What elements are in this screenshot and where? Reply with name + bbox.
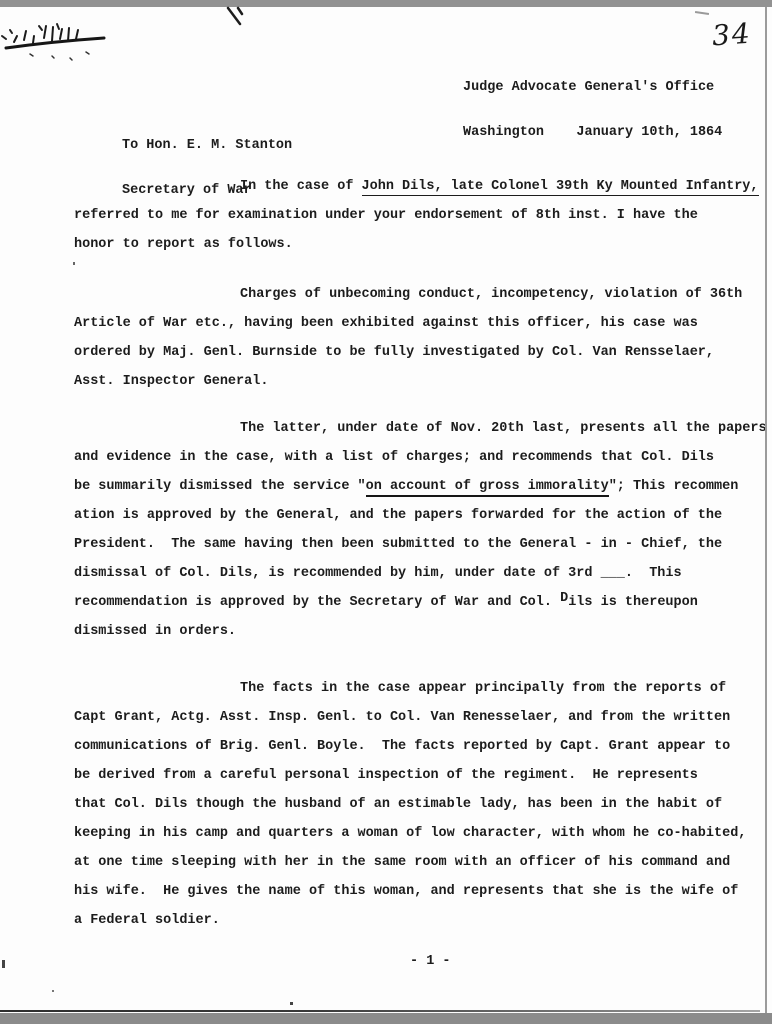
text-run: dismissed in orders. [74, 624, 236, 639]
scan-edge-top-band [0, 0, 772, 7]
letterhead-place-date: Washington January 10th, 1864 [463, 125, 722, 140]
document-line: dismissal of Col. Dils, is recommended b… [74, 559, 772, 588]
page-number-footer: - 1 - [410, 954, 451, 969]
document-line: be summarily dismissed the service "on a… [74, 472, 772, 501]
document-line: recommendation is approved by the Secret… [74, 588, 772, 617]
text-run: that Col. Dils though the husband of an … [74, 797, 722, 812]
text-run: recommendation is approved by the Secret… [74, 595, 560, 610]
document-line: The latter, under date of Nov. 20th last… [74, 414, 772, 443]
scan-edge-right-line [765, 7, 767, 1013]
document-line: President. The same having then been sub… [74, 530, 772, 559]
text-run: be derived from a careful personal inspe… [74, 768, 698, 783]
letterhead-office: Judge Advocate General's Office [463, 80, 722, 95]
document-line: and evidence in the case, with a list of… [74, 443, 772, 472]
scan-edge-bottom-band [0, 1013, 772, 1024]
document-line: honor to report as follows. [74, 230, 772, 259]
text-run: ils is thereupon [568, 595, 698, 610]
text-run: D [560, 591, 568, 606]
text-run: a Federal soldier. [74, 913, 220, 928]
document-line: communications of Brig. Genl. Boyle. The… [74, 732, 772, 761]
text-run: Article of War etc., having been exhibit… [74, 316, 698, 331]
text-run: his wife. He gives the name of this woma… [74, 884, 738, 899]
document-line: ordered by Maj. Genl. Burnside to be ful… [74, 338, 772, 367]
text-run: Capt Grant, Actg. Asst. Insp. Genl. to C… [74, 710, 730, 725]
scan-speck [695, 11, 709, 15]
paragraph-charges: Charges of unbecoming conduct, incompete… [74, 280, 772, 396]
letterhead: Judge Advocate General's Office Washingt… [463, 50, 722, 170]
document-line: at one time sleeping with her in the sam… [74, 848, 772, 877]
paragraph-facts: The facts in the case appear principally… [74, 674, 772, 935]
document-line: ation is approved by the General, and th… [74, 501, 772, 530]
underlined-text: John Dils, late Colonel 39th Ky Mounted … [362, 179, 759, 196]
scanned-letter-page: 34 Judge Advocate General's Office Washi… [0, 0, 772, 1024]
document-line: a Federal soldier. [74, 906, 772, 935]
text-run: dismissal of Col. Dils, is recommended b… [74, 566, 682, 581]
document-line: that Col. Dils though the husband of an … [74, 790, 772, 819]
scan-speck [290, 1002, 293, 1005]
text-run: President. The same having then been sub… [74, 537, 722, 552]
scan-speck [73, 262, 75, 265]
text-run: referred to me for examination under you… [74, 208, 698, 223]
document-line: keeping in his camp and quarters a woman… [74, 819, 772, 848]
scan-speck [2, 960, 5, 968]
document-line: be derived from a careful personal inspe… [74, 761, 772, 790]
text-run: communications of Brig. Genl. Boyle. The… [74, 739, 730, 754]
text-run: ation is approved by the General, and th… [74, 508, 722, 523]
scan-mark [224, 4, 248, 30]
scan-edge-bottom-line [0, 1010, 760, 1012]
text-run: Charges of unbecoming conduct, incompete… [240, 287, 742, 302]
recipient-name: To Hon. E. M. Stanton [122, 138, 292, 153]
document-line: his wife. He gives the name of this woma… [74, 877, 772, 906]
handwritten-scribble [0, 14, 130, 66]
scan-speck [52, 990, 54, 992]
paragraph-case-intro: In the case of John Dils, late Colonel 3… [74, 172, 772, 259]
text-run: keeping in his camp and quarters a woman… [74, 826, 746, 841]
document-line: referred to me for examination under you… [74, 201, 772, 230]
text-run: honor to report as follows. [74, 237, 293, 252]
text-run: ordered by Maj. Genl. Burnside to be ful… [74, 345, 714, 360]
paragraph-recommendation: The latter, under date of Nov. 20th last… [74, 414, 772, 646]
handwritten-page-number: 34 [711, 17, 753, 53]
document-line: Asst. Inspector General. [74, 367, 772, 396]
document-line: Capt Grant, Actg. Asst. Insp. Genl. to C… [74, 703, 772, 732]
document-line: In the case of John Dils, late Colonel 3… [74, 172, 772, 201]
underlined-text: on account of gross immorality [366, 479, 609, 497]
document-line: Article of War etc., having been exhibit… [74, 309, 772, 338]
text-run: "; This recommen [609, 479, 739, 494]
text-run: at one time sleeping with her in the sam… [74, 855, 730, 870]
text-run: and evidence in the case, with a list of… [74, 450, 714, 465]
text-run: The facts in the case appear principally… [240, 681, 726, 696]
document-line: Charges of unbecoming conduct, incompete… [74, 280, 772, 309]
text-run: The latter, under date of Nov. 20th last… [240, 421, 767, 436]
text-run: Asst. Inspector General. [74, 374, 268, 389]
document-line: The facts in the case appear principally… [74, 674, 772, 703]
text-run: In the case of [240, 179, 362, 194]
text-run: be summarily dismissed the service " [74, 479, 366, 494]
document-line: dismissed in orders. [74, 617, 772, 646]
